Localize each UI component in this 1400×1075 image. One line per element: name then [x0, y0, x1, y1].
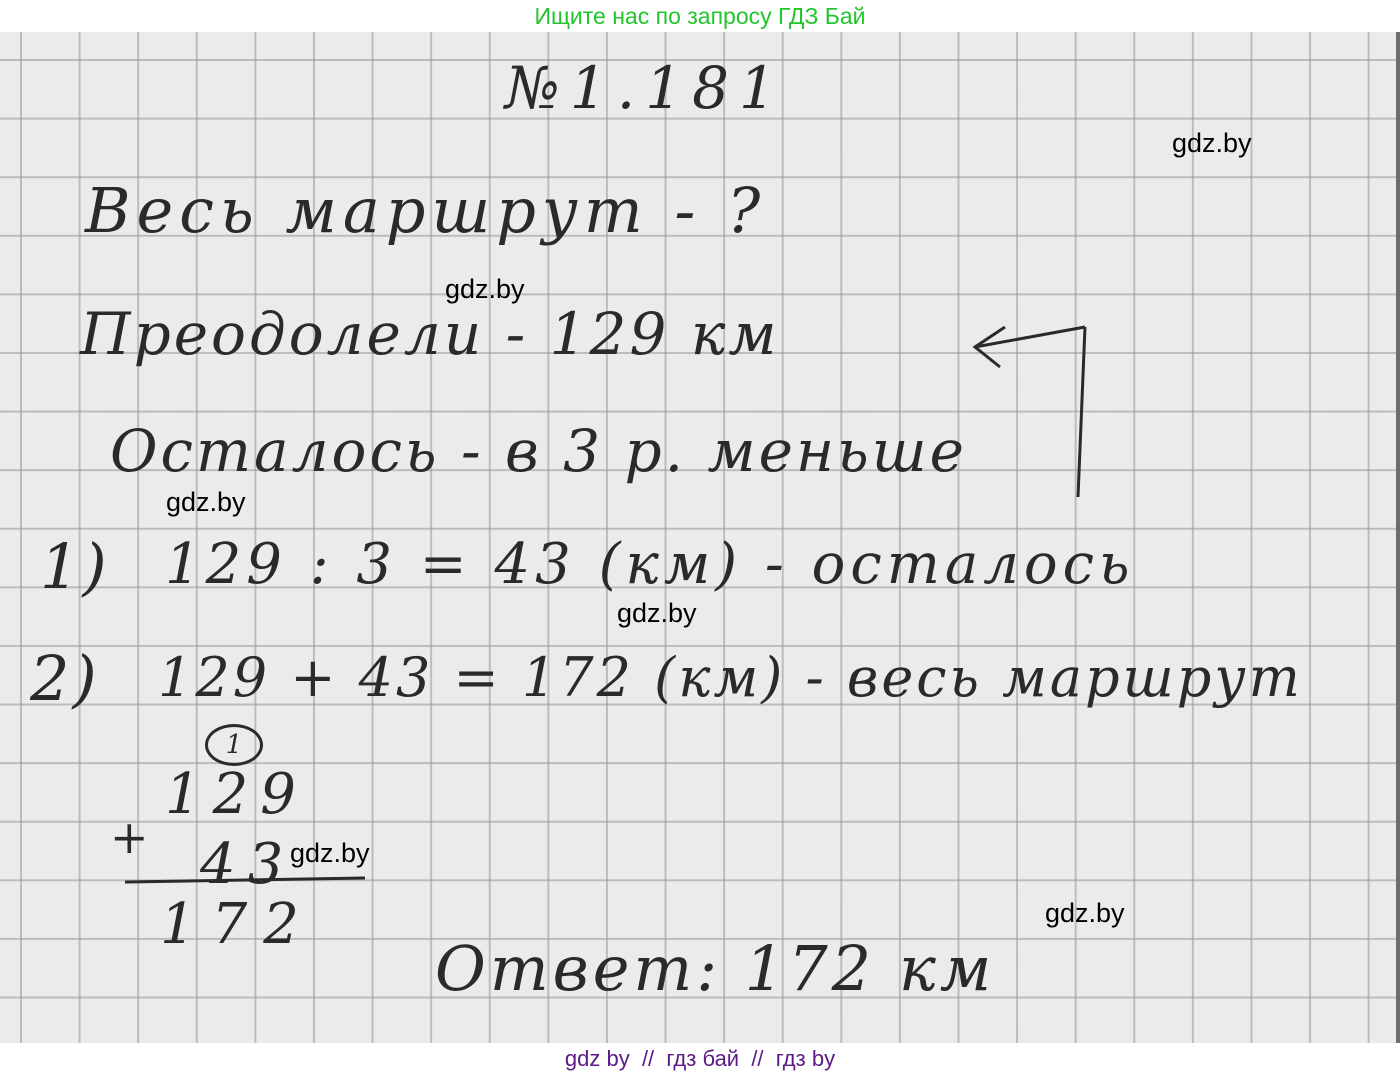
column-addend1: 129 — [165, 762, 308, 827]
condition-whole-route: Весь маршрут - ? — [85, 174, 766, 247]
watermark: gdz.by — [1045, 898, 1125, 929]
notebook-page-photo: №1.181 Весь маршрут - ? Преодолели - 129… — [0, 32, 1400, 1043]
arrow-icon — [960, 317, 1100, 507]
solution-step1-label: 1) — [40, 530, 110, 603]
solution-step2: 129 + 43 = 172 (км) - весь маршрут — [158, 646, 1303, 709]
site-links-text: gdz by // гдз бай // гдз by — [565, 1046, 835, 1072]
top-banner: Ищите нас по запросу ГДЗ Бай — [0, 0, 1400, 32]
column-sum: 172 — [160, 892, 315, 957]
watermark: gdz.by — [166, 487, 246, 518]
bottom-banner: gdz by // гдз бай // гдз by — [0, 1043, 1400, 1075]
watermark: gdz.by — [617, 598, 697, 629]
column-operator: + — [110, 810, 152, 864]
solution-step1: 129 : 3 = 43 (км) - осталось — [165, 532, 1134, 597]
carry-digit: 1 — [205, 724, 263, 766]
watermark: gdz.by — [445, 274, 525, 305]
solution-step2-label: 2) — [30, 642, 100, 715]
task-number: №1.181 — [505, 54, 786, 122]
condition-covered: Преодолели - 129 км — [80, 300, 780, 368]
answer: Ответ: 172 км — [435, 932, 995, 1005]
search-hint-text: Ищите нас по запросу ГДЗ Бай — [534, 3, 865, 30]
watermark: gdz.by — [1172, 128, 1252, 159]
condition-remaining: Осталось - в 3 р. меньше — [110, 417, 967, 485]
paper-edge — [1396, 32, 1400, 1043]
sum-line — [120, 872, 370, 892]
watermark: gdz.by — [290, 838, 370, 869]
